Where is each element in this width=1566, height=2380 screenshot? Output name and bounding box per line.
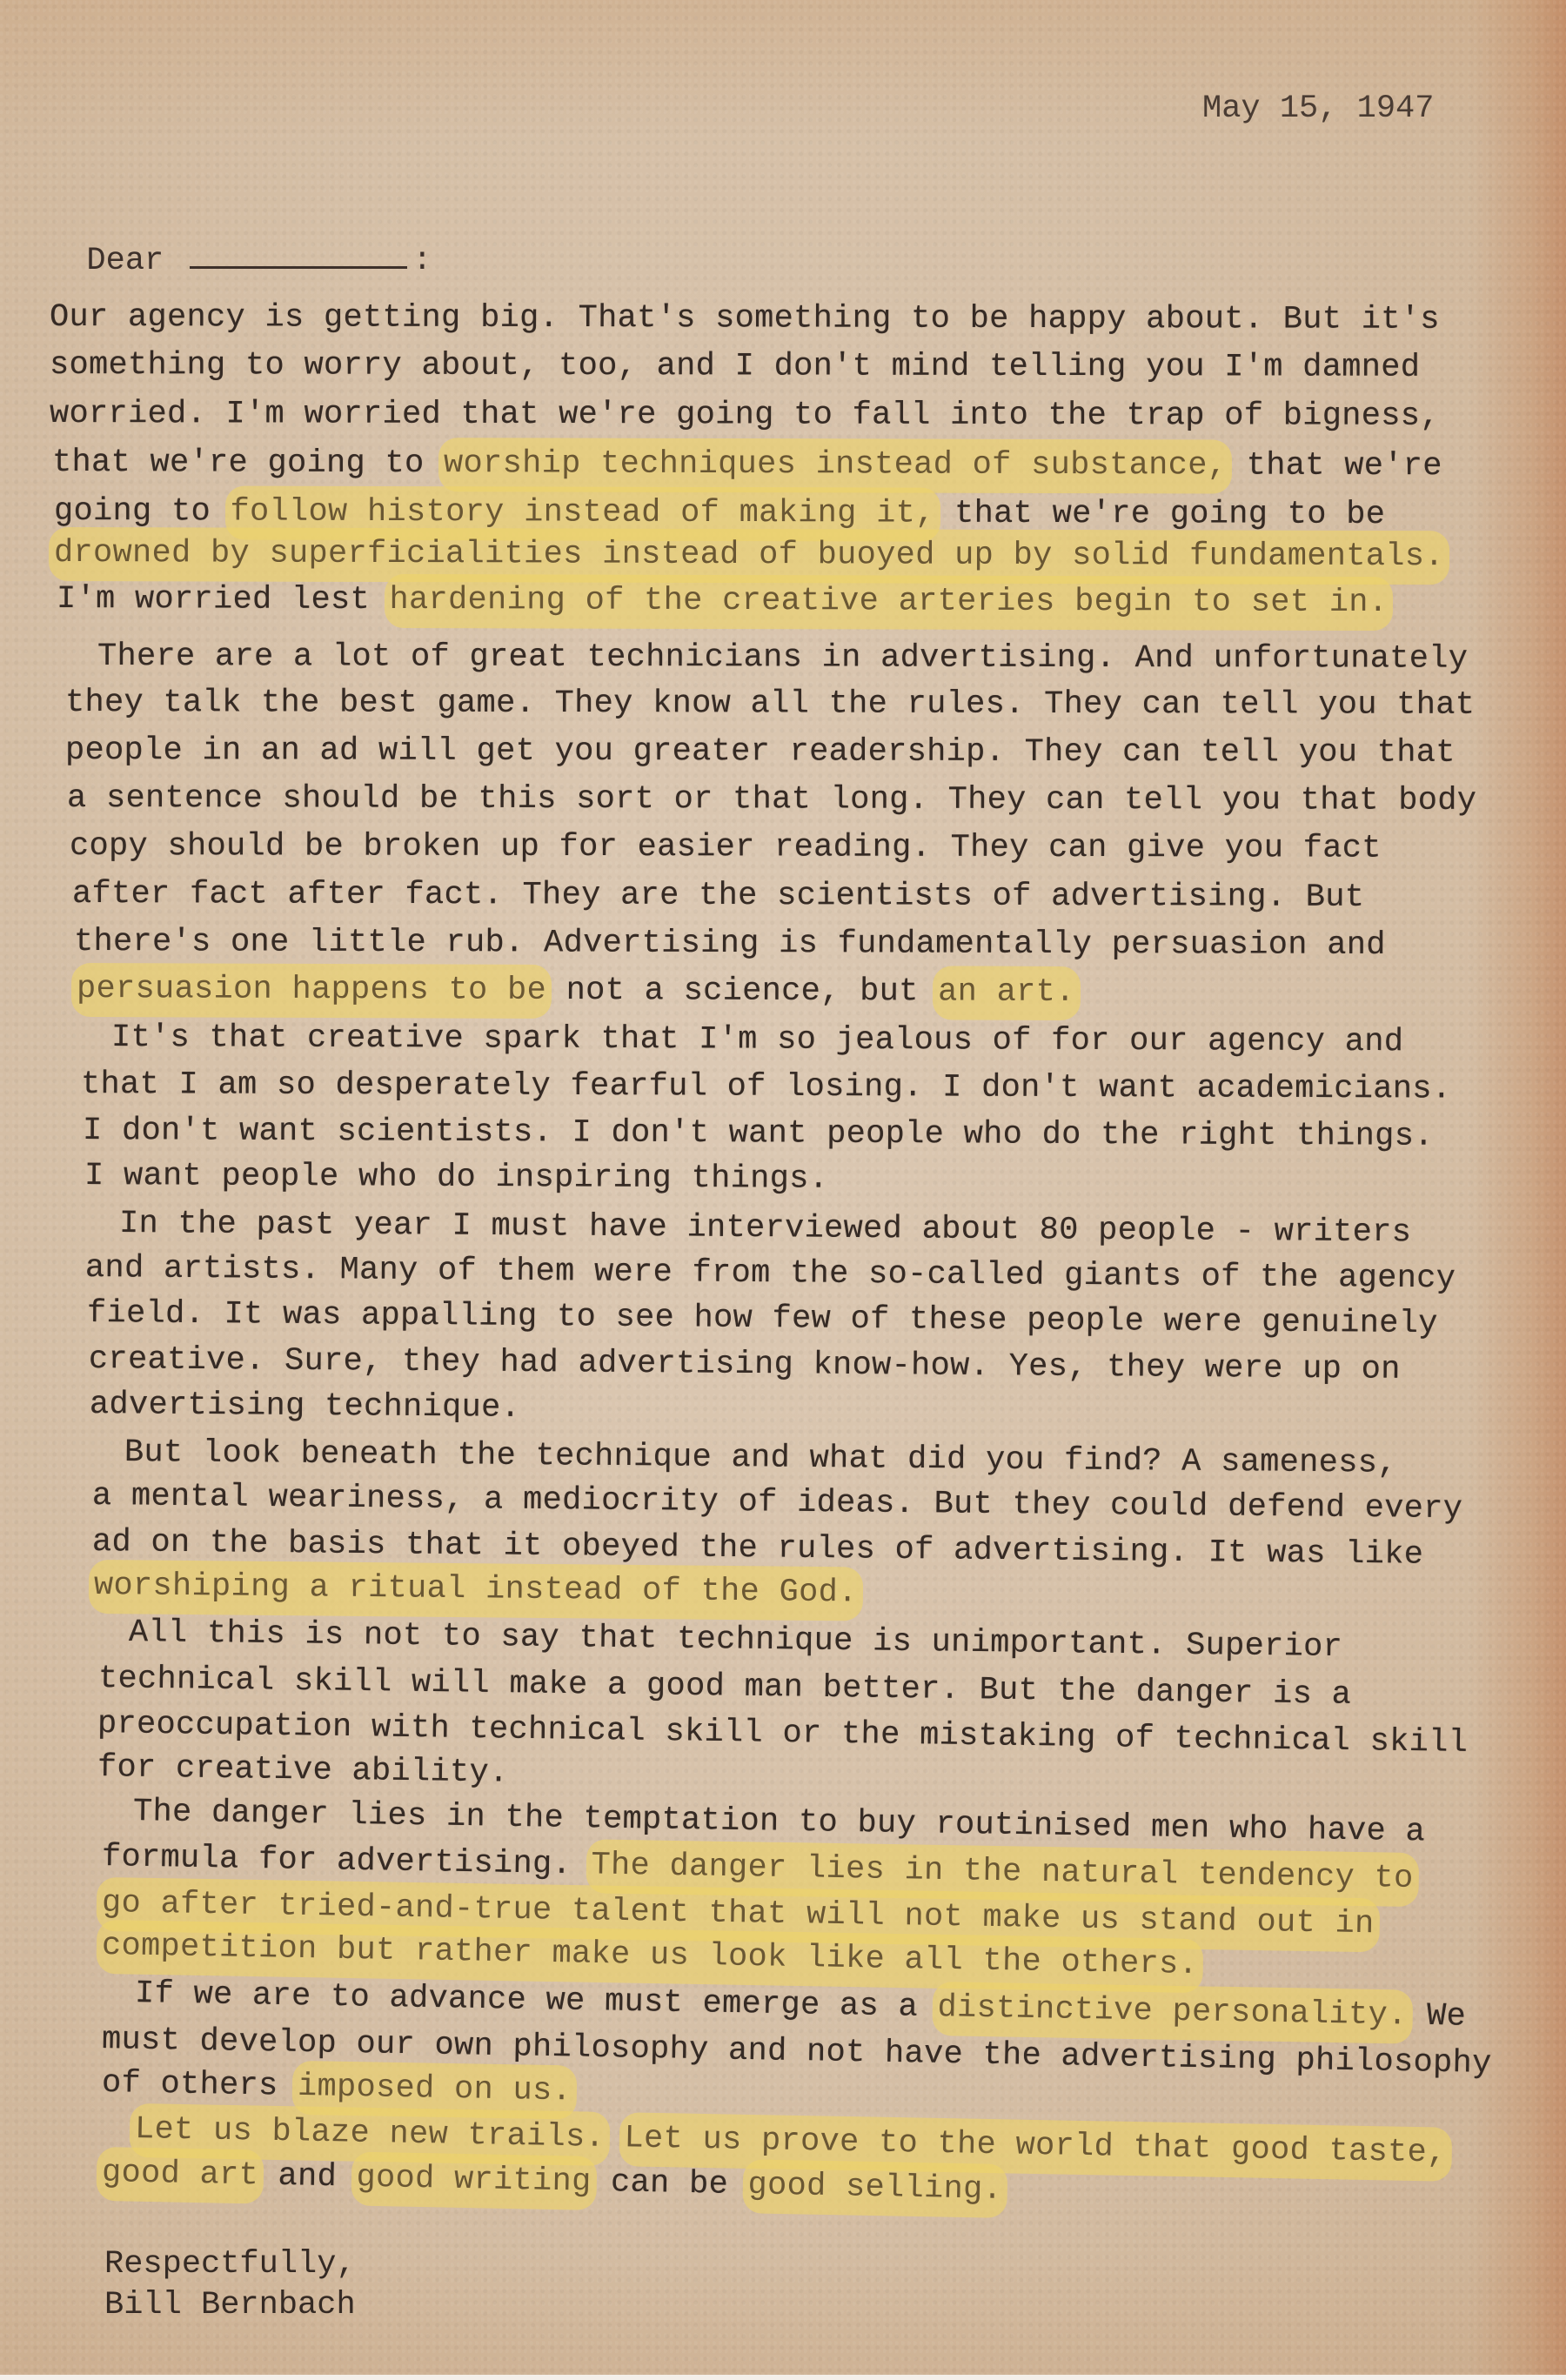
salutation-prefix: Dear bbox=[86, 243, 164, 279]
line-text: It's that creative spark that I'm so jea… bbox=[111, 1020, 1403, 1060]
line-text: and bbox=[258, 2157, 357, 2196]
letter-line: I want people who do inspiring things. bbox=[84, 1160, 828, 1196]
line-text: We bbox=[1407, 1998, 1466, 2036]
highlighted-text: good selling. bbox=[742, 2159, 1008, 2218]
line-text: that we're going to be bbox=[935, 496, 1386, 533]
line-text: that I am so desperately fearful of losi… bbox=[81, 1066, 1451, 1107]
line-text: going to bbox=[54, 493, 231, 531]
letter-line: worshiping a ritual instead of the God. bbox=[94, 1570, 858, 1609]
line-text: that we're going to bbox=[52, 445, 444, 482]
highlighted-text: worshiping a ritual instead of the God. bbox=[89, 1560, 863, 1621]
letter-line: persuasion happens to be not a science, … bbox=[77, 973, 1075, 1009]
letter-line: worried. I'm worried that we're going to… bbox=[50, 398, 1440, 433]
closing: Respectfully, bbox=[104, 2249, 356, 2281]
letter-date: May 15, 1947 bbox=[1202, 93, 1434, 125]
letter-line: they talk the best game. They know all t… bbox=[65, 687, 1475, 722]
line-text: after fact after fact. They are the scie… bbox=[72, 876, 1364, 916]
line-text: There are a lot of great technicians in … bbox=[97, 638, 1468, 678]
highlighted-text: good writing bbox=[351, 2152, 597, 2210]
line-text: people in an ad will get you greater rea… bbox=[65, 732, 1456, 772]
letter-line: going to follow history instead of makin… bbox=[54, 496, 1385, 531]
line-text: Our agency is getting big. That's someth… bbox=[50, 299, 1440, 338]
letter-line: of others imposed on us. bbox=[102, 2068, 572, 2108]
letter-line: In the past year I must have interviewed… bbox=[119, 1208, 1411, 1249]
highlighted-text: an art. bbox=[933, 966, 1081, 1020]
line-text: there's one little rub. Advertising is f… bbox=[74, 924, 1386, 964]
line-text: worried. I'm worried that we're going to… bbox=[50, 396, 1440, 435]
letter-line: I don't want scientists. I don't want pe… bbox=[83, 1115, 1434, 1153]
highlighted-text: good art bbox=[96, 2147, 264, 2204]
letter-line: Our agency is getting big. That's someth… bbox=[50, 302, 1440, 337]
line-text: something to worry about, too, and I don… bbox=[50, 347, 1420, 386]
line-text: I'm worried lest bbox=[57, 581, 390, 618]
letter-line: something to worry about, too, and I don… bbox=[50, 350, 1420, 384]
letter-line: people in an ad will get you greater rea… bbox=[65, 735, 1456, 770]
letter-line: a sentence should be this sort or that l… bbox=[67, 783, 1476, 818]
recipient-blank-line bbox=[190, 237, 407, 269]
highlighted-text: worship techniques instead of substance, bbox=[438, 438, 1232, 493]
highlighted-text: hardening of the creative arteries begin… bbox=[384, 574, 1393, 631]
line-text: a sentence should be this sort or that l… bbox=[67, 780, 1476, 819]
line-text: they talk the best game. They know all t… bbox=[65, 685, 1475, 724]
letter-line: drowned by superficialities instead of b… bbox=[54, 538, 1444, 573]
line-text: copy should be broken up for easier read… bbox=[70, 828, 1382, 867]
letter-line: There are a lot of great technicians in … bbox=[97, 641, 1468, 676]
line-text: I want people who do inspiring things. bbox=[84, 1158, 828, 1198]
highlighted-text: persuasion happens to be bbox=[71, 963, 552, 1019]
letter-line: good art and good writing can be good se… bbox=[102, 2157, 1003, 2207]
letter-line: after fact after fact. They are the scie… bbox=[72, 879, 1364, 914]
line-text: not a science, but bbox=[546, 973, 938, 1011]
letter-line: I'm worried lest hardening of the creati… bbox=[57, 584, 1388, 619]
letter-line: that we're going to worship techniques i… bbox=[52, 447, 1442, 483]
line-text: that we're bbox=[1227, 448, 1442, 485]
line-text: advertising technique. bbox=[90, 1387, 520, 1427]
letter-line: advertising technique. bbox=[90, 1389, 520, 1425]
letter-line: for creative ability. bbox=[97, 1752, 509, 1790]
salutation-colon: : bbox=[412, 243, 432, 279]
line-text: can be bbox=[591, 2164, 748, 2203]
letter-line: competition but rather make us look like… bbox=[102, 1930, 1199, 1982]
highlighted-text: distinctive personality. bbox=[932, 1982, 1413, 2044]
letter-line: there's one little rub. Advertising is f… bbox=[74, 926, 1386, 962]
page-bottom-edge bbox=[0, 2375, 1566, 2380]
line-text: for creative ability. bbox=[97, 1749, 509, 1792]
signature: Bill Bernbach bbox=[104, 2290, 356, 2322]
letter-line: copy should be broken up for easier read… bbox=[70, 831, 1382, 866]
letter-line: It's that creative spark that I'm so jea… bbox=[111, 1022, 1403, 1059]
letter-line: that I am so desperately fearful of losi… bbox=[81, 1069, 1451, 1106]
line-text: of others bbox=[102, 2065, 298, 2105]
salutation: Dear: bbox=[48, 204, 432, 277]
line-text: I don't want scientists. I don't want pe… bbox=[83, 1113, 1434, 1155]
